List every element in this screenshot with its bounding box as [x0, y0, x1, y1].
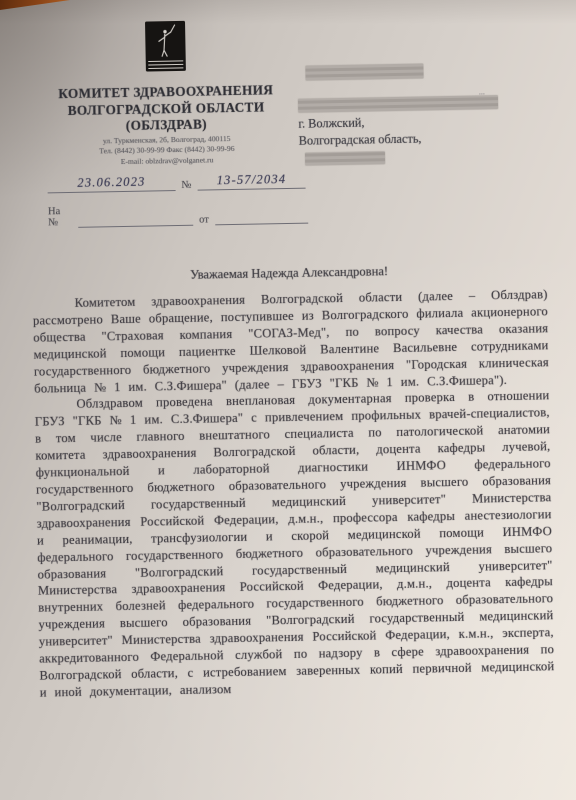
reply-to-label: На № — [48, 206, 73, 228]
recipient-block: ... г. Волжский, Волгоградская область, — [295, 54, 515, 166]
salutation: Уважаемая Надежда Александровна! — [117, 263, 461, 284]
letterhead: КОМИТЕТ ЗДРАВООХРАНЕНИЯ ВОЛГОГРАДСКОЙ ОБ… — [31, 18, 302, 169]
date-number-row: 23.06.2023 № 13-57/2034 — [47, 172, 307, 194]
reply-date-field — [215, 207, 309, 226]
reply-from-label: от — [199, 214, 209, 225]
reply-to-row: На № от — [48, 202, 308, 229]
letter-body: Комитетом здравоохранения Волгоградской … — [33, 286, 555, 701]
motherland-calls-emblem-icon — [143, 20, 187, 78]
redaction-recipient-name — [305, 63, 423, 80]
ink-smudge: ... — [479, 90, 499, 93]
date-field: 23.06.2023 — [47, 174, 175, 193]
handwritten-number: 13-57/2034 — [217, 172, 287, 187]
redaction-postcode — [305, 151, 385, 165]
body-paragraph-2: Облздравом проведена внеплановая докумен… — [34, 388, 554, 702]
body-paragraph-1: Комитетом здравоохранения Волгоградской … — [33, 286, 550, 397]
reference-block: 23.06.2023 № 13-57/2034 На № от — [47, 172, 308, 229]
number-sign-label: № — [181, 180, 191, 191]
redaction-street-address — [298, 95, 498, 113]
number-field: 13-57/2034 — [197, 172, 305, 191]
recipient-region: Волгоградская область, — [299, 129, 515, 148]
letter-photo: КОМИТЕТ ЗДРАВООХРАНЕНИЯ ВОЛГОГРАДСКОЙ ОБ… — [0, 0, 576, 800]
handwritten-date: 23.06.2023 — [77, 175, 145, 190]
reply-number-field — [78, 209, 193, 228]
letter-page: КОМИТЕТ ЗДРАВООХРАНЕНИЯ ВОЛГОГРАДСКОЙ ОБ… — [0, 0, 576, 800]
